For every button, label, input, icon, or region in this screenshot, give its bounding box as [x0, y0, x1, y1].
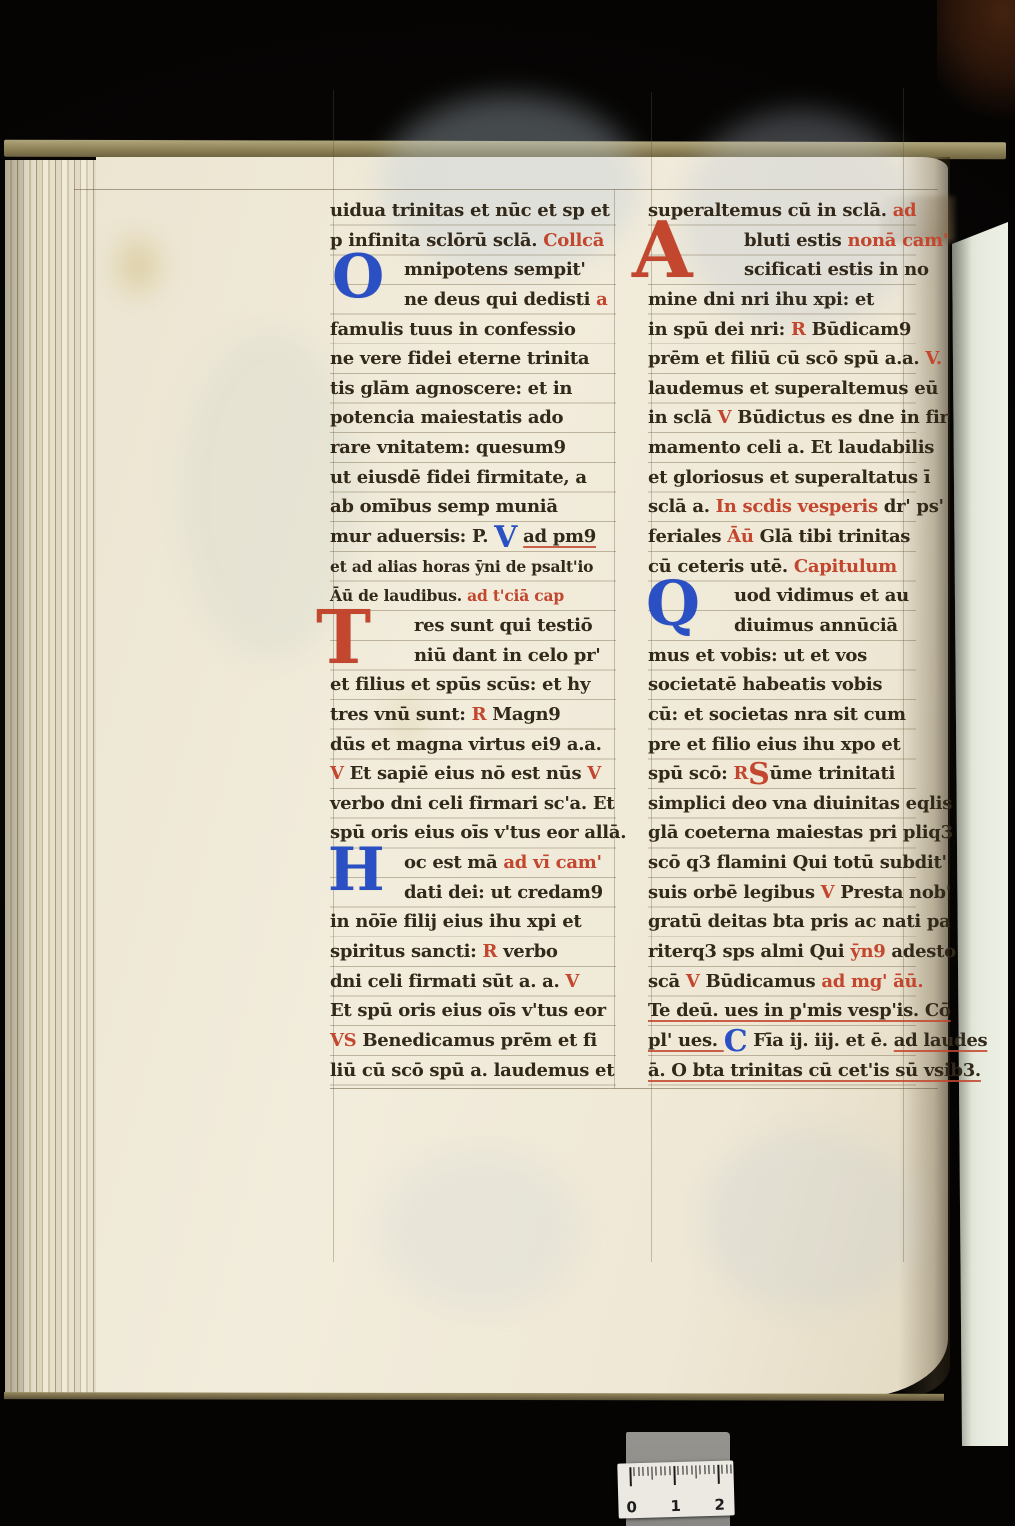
- text-line: in nōīe filij eius ihu xpi et: [330, 907, 616, 937]
- text-run: mnipotens sempit': [404, 259, 586, 280]
- text-run: et filius et spūs scūs: et hy: [330, 674, 590, 695]
- text-run: ab omībus semp muniā: [330, 496, 558, 517]
- text-run: pl' ues.: [648, 1030, 724, 1051]
- text-line: et ad alias horas ȳni de psalt'io: [330, 552, 616, 582]
- text-run: V: [587, 763, 601, 784]
- text-run: V: [565, 971, 579, 992]
- ruler-tick: [629, 1467, 631, 1486]
- fore-edge-stack: [5, 160, 105, 1396]
- text-line: oc est mā ad vī cam': [330, 848, 616, 878]
- text-line: scō q3 flamini Qui totū subdit': [648, 848, 916, 878]
- text-run: scificati estis in no: [744, 259, 929, 280]
- text-line: Et spū oris eius oīs v'tus eor: [330, 996, 616, 1026]
- text-run: ad vī cam': [503, 852, 601, 873]
- text-line: et gloriosus et superaltatus ī: [648, 463, 916, 493]
- text-run: Būdictus es dne in fir: [731, 407, 948, 428]
- ruler-tick: [717, 1465, 719, 1484]
- text-run: in spū dei nri:: [648, 319, 791, 340]
- text-run: potencia maiestatis ado: [330, 407, 563, 428]
- text-line: ne deus qui dedisti a: [330, 285, 616, 315]
- ruler-tick: [651, 1467, 652, 1480]
- text-run: p infinita sclōrū sclā.: [330, 230, 543, 251]
- text-run: Glā tibi trinitas: [754, 526, 911, 547]
- text-column-left: uidua trinitas et nūc et sp etp infinita…: [330, 196, 616, 1086]
- text-run: ūme trinitati: [769, 763, 895, 784]
- text-run: dūs et magna virtus ei9 a.a.: [330, 734, 602, 755]
- text-run: Āū de laudibus.: [330, 586, 467, 605]
- text-run: In scdis vesperis: [716, 496, 878, 517]
- ruler-number: 2: [714, 1496, 725, 1514]
- text-run: prēm et filiū cū scō spū a.a.: [648, 348, 925, 369]
- text-line: mamento celi a. Et laudabilis: [648, 433, 916, 463]
- text-run: R: [733, 763, 748, 784]
- ruler-tick: [726, 1465, 727, 1474]
- ruler-tick: [700, 1465, 701, 1474]
- text-run: scā: [648, 971, 686, 992]
- text-run: laudemus et superaltemus eū: [648, 378, 938, 399]
- text-run: cū: et societas nra sit cum: [648, 704, 906, 725]
- text-line: Āū de laudibus. ad t'ciā cap: [330, 581, 616, 611]
- text-line: laudemus et superaltemus eū: [648, 374, 916, 404]
- text-line: mnipotens sempit': [330, 255, 616, 285]
- ruler-tick: [722, 1465, 723, 1474]
- ruler-tick: [665, 1466, 666, 1475]
- ruler-tick: [687, 1466, 688, 1475]
- text-line: famulis tuus in confessio: [330, 315, 616, 345]
- text-line: dni celi firmati sūt a. a. V: [330, 967, 616, 997]
- text-run: nonā cam': [847, 230, 948, 251]
- text-run: et ad alias horas ȳni de psalt'io: [330, 557, 593, 576]
- text-run: Presta nob': [834, 882, 951, 903]
- text-line: V Et sapiē eius nō est nūs V: [330, 759, 616, 789]
- text-line: potencia maiestatis ado: [330, 403, 616, 433]
- text-line: scā V Būdicamus ad mg' āū.: [648, 967, 916, 997]
- text-run: diuimus annūciā: [734, 615, 898, 636]
- text-run: feriales: [648, 526, 727, 547]
- ruler-number: 1: [670, 1497, 681, 1515]
- text-line: spū scō: RSūme trinitati: [648, 759, 916, 789]
- text-run: dr' ps': [878, 496, 944, 517]
- text-run: Et sapiē eius nō est nūs: [344, 763, 588, 784]
- text-run: Magn9: [486, 704, 560, 725]
- text-run: ad laudes: [894, 1030, 988, 1051]
- ruler-tick: [704, 1465, 705, 1474]
- text-line: ab omībus semp muniā: [330, 492, 616, 522]
- text-line: riterq3 sps almi Qui ȳn9 adesto: [648, 937, 916, 967]
- text-run: ad t'ciā cap: [467, 586, 564, 605]
- text-line: uidua trinitas et nūc et sp et: [330, 196, 616, 226]
- binding-shadow-top-right: [937, 0, 1015, 120]
- text-run: ne deus qui dedisti: [404, 289, 596, 310]
- ruler-scale-strip: 012: [617, 1460, 734, 1518]
- text-run: spiritus sancti:: [330, 941, 483, 962]
- text-run: mus et vobis: ut et vos: [648, 645, 867, 666]
- text-run: Te deū. ues in p'mis vesp'is. Cō: [648, 1000, 951, 1021]
- text-line: p infinita sclōrū sclā. Collcā: [330, 226, 616, 256]
- text-line: ne vere fidei eterne trinita: [330, 344, 616, 374]
- text-line: dūs et magna virtus ei9 a.a.: [330, 730, 616, 760]
- page-recto-sliver: [952, 222, 1008, 1446]
- text-run: dni celi firmati sūt a. a.: [330, 971, 565, 992]
- ruler-number: 0: [626, 1498, 637, 1516]
- text-line: ut eiusdē fidei firmitate, a: [330, 463, 616, 493]
- text-run: oc est mā: [404, 852, 503, 873]
- text-run: societatē habeatis vobis: [648, 674, 882, 695]
- text-run: ut eiusdē fidei firmitate, a: [330, 467, 587, 488]
- text-run: VS: [330, 1030, 356, 1051]
- text-line: verbo dni celi firmari sc'a. Et: [330, 789, 616, 819]
- text-run: bluti estis: [744, 230, 847, 251]
- text-run: liū cū scō spū a. laudemus et: [330, 1060, 614, 1081]
- text-run: verbo: [497, 941, 557, 962]
- text-run: in sclā: [648, 407, 718, 428]
- text-run: pre et filio eius ihu xpo et: [648, 734, 900, 755]
- text-run: Benedicamus prēm et fi: [356, 1030, 597, 1051]
- text-run: tis glām agnoscere: et in: [330, 378, 572, 399]
- text-line: in sclā V Būdictus es dne in fir: [648, 403, 916, 433]
- ruler-tick: [638, 1467, 639, 1476]
- text-run: Būdicam9: [806, 319, 912, 340]
- text-run: in nōīe filij eius ihu xpi et: [330, 911, 581, 932]
- text-line: mur aduersis: P. V ad pm9: [330, 522, 616, 552]
- text-run: ad: [893, 200, 917, 221]
- text-run: cū ceteris utē.: [648, 556, 794, 577]
- ruler-tick: [634, 1467, 635, 1476]
- text-run: glā coeterna maiestas pri pliq3: [648, 822, 953, 843]
- text-run: Fīa ij. iij. et ē.: [747, 1030, 893, 1051]
- book-bottom-edge: [4, 1392, 944, 1401]
- text-run: sclā a.: [648, 496, 716, 517]
- text-run: mamento celi a. Et laudabilis: [648, 437, 934, 458]
- text-line: societatē habeatis vobis: [648, 670, 916, 700]
- text-line: res sunt qui testiō: [330, 611, 616, 641]
- ruler-tick: [669, 1466, 670, 1475]
- text-line: pl' ues. C Fīa ij. iij. et ē. ad laudes: [648, 1026, 916, 1056]
- text-line: glā coeterna maiestas pri pliq3: [648, 818, 916, 848]
- text-line: tis glām agnoscere: et in: [330, 374, 616, 404]
- text-run: dati dei: ut credam9: [404, 882, 603, 903]
- ruler-tick: [678, 1466, 679, 1475]
- text-line: sclā a. In scdis vesperis dr' ps': [648, 492, 916, 522]
- text-run: rare vnitatem: quesum9: [330, 437, 566, 458]
- text-run: Capitulum: [794, 556, 897, 577]
- text-run: V.: [925, 348, 942, 369]
- ruler-tick: [656, 1467, 657, 1476]
- text-run: ȳn9: [850, 941, 885, 962]
- text-line: spū oris eius oīs v'tus eor allā.: [330, 818, 616, 848]
- ruler-tick: [691, 1466, 692, 1475]
- text-line: in spū dei nri: R Būdicam9: [648, 315, 916, 345]
- text-line: cū: et societas nra sit cum: [648, 700, 916, 730]
- text-column-right: superaltemus cū in sclā. adbluti estis n…: [648, 196, 916, 1086]
- ruler-tick: [709, 1465, 710, 1474]
- text-run: verbo dni celi firmari sc'a. Et: [330, 793, 614, 814]
- text-run: ne vere fidei eterne trinita: [330, 348, 589, 369]
- text-line: mine dni nri ihu xpi: et: [648, 285, 916, 315]
- ruler: 012: [616, 1430, 756, 1526]
- ruling-top-line: [74, 189, 938, 190]
- text-run: spū scō:: [648, 763, 733, 784]
- text-line: niū dant in celo pr': [330, 641, 616, 671]
- text-run: ad pm9: [523, 526, 596, 547]
- text-run: suis orbē legibus: [648, 882, 821, 903]
- text-line: et filius et spūs scūs: et hy: [330, 670, 616, 700]
- text-line: ā. O bta trinitas cū cet'is sū vsib3.: [648, 1056, 916, 1086]
- text-run: res sunt qui testiō: [414, 615, 592, 636]
- ruler-tick: [731, 1464, 732, 1473]
- text-line: cū ceteris utē. Capitulum: [648, 552, 916, 582]
- text-run: C: [724, 1024, 748, 1059]
- text-run: V: [494, 520, 517, 555]
- text-line: uod vidimus et au: [648, 581, 916, 611]
- text-line: rare vnitatem: quesum9: [330, 433, 616, 463]
- text-line: spiritus sancti: R verbo: [330, 937, 616, 967]
- text-run: superaltemus cū in sclā.: [648, 200, 893, 221]
- text-line: pre et filio eius ihu xpo et: [648, 730, 916, 760]
- ruler-tick: [695, 1465, 696, 1478]
- text-run: mine dni nri ihu xpi: et: [648, 289, 874, 310]
- text-line: tres vnū sunt: R Magn9: [330, 700, 616, 730]
- text-run: uod vidimus et au: [734, 585, 909, 606]
- text-line: superaltemus cū in sclā. ad: [648, 196, 916, 226]
- text-run: R: [483, 941, 498, 962]
- text-run: gratū deitas bta pris ac nati pa: [648, 911, 951, 932]
- text-run: adesto: [885, 941, 955, 962]
- photo-background: uidua trinitas et nūc et sp etp infinita…: [0, 0, 1015, 1526]
- text-run: ā. O bta trinitas cū cet'is sū vsib3.: [648, 1060, 981, 1081]
- text-run: scō q3 flamini Qui totū subdit': [648, 852, 947, 873]
- text-run: V: [821, 882, 835, 903]
- text-run: a: [596, 289, 607, 310]
- text-run: et gloriosus et superaltatus ī: [648, 467, 930, 488]
- text-run: spū oris eius oīs v'tus eor allā.: [330, 822, 626, 843]
- text-run: tres vnū sunt:: [330, 704, 472, 725]
- text-run: R: [791, 319, 806, 340]
- text-run: V: [686, 971, 700, 992]
- text-run: Āū: [727, 526, 753, 547]
- text-line: mus et vobis: ut et vos: [648, 641, 916, 671]
- text-line: Te deū. ues in p'mis vesp'is. Cō: [648, 996, 916, 1026]
- text-line: bluti estis nonā cam': [648, 226, 916, 256]
- text-line: gratū deitas bta pris ac nati pa: [648, 907, 916, 937]
- text-run: simplici deo vna diuinitas eqlis: [648, 793, 952, 814]
- text-run: R: [472, 704, 487, 725]
- ruler-tick: [647, 1467, 648, 1476]
- text-line: prēm et filiū cū scō spū a.a. V.: [648, 344, 916, 374]
- text-line: suis orbē legibus V Presta nob': [648, 878, 916, 908]
- text-run: uidua trinitas et nūc et sp et: [330, 200, 610, 221]
- ruler-tick: [643, 1467, 644, 1476]
- ruler-tick: [660, 1466, 661, 1475]
- text-line: feriales Āū Glā tibi trinitas: [648, 522, 916, 552]
- text-run: riterq3 sps almi Qui: [648, 941, 850, 962]
- text-run: Collcā: [543, 230, 604, 251]
- text-run: famulis tuus in confessio: [330, 319, 576, 340]
- ruler-tick: [682, 1466, 683, 1475]
- text-run: Et spū oris eius oīs v'tus eor: [330, 1000, 606, 1021]
- text-run: mur aduersis: P.: [330, 526, 494, 547]
- text-line: VS Benedicamus prēm et fi: [330, 1026, 616, 1056]
- text-line: liū cū scō spū a. laudemus et: [330, 1056, 616, 1086]
- text-run: ad mg' āū.: [821, 971, 923, 992]
- text-line: dati dei: ut credam9: [330, 878, 616, 908]
- text-run: Būdicamus: [700, 971, 822, 992]
- text-run: V: [330, 763, 344, 784]
- ruler-tick: [713, 1465, 714, 1474]
- text-line: scificati estis in no: [648, 255, 916, 285]
- ruler-tick: [673, 1466, 675, 1485]
- text-run: S: [748, 757, 769, 792]
- text-run: niū dant in celo pr': [414, 645, 601, 666]
- text-run: V: [718, 407, 732, 428]
- ruling-bottom-line: [330, 1088, 938, 1089]
- text-line: simplici deo vna diuinitas eqlis: [648, 789, 916, 819]
- text-line: diuimus annūciā: [648, 611, 916, 641]
